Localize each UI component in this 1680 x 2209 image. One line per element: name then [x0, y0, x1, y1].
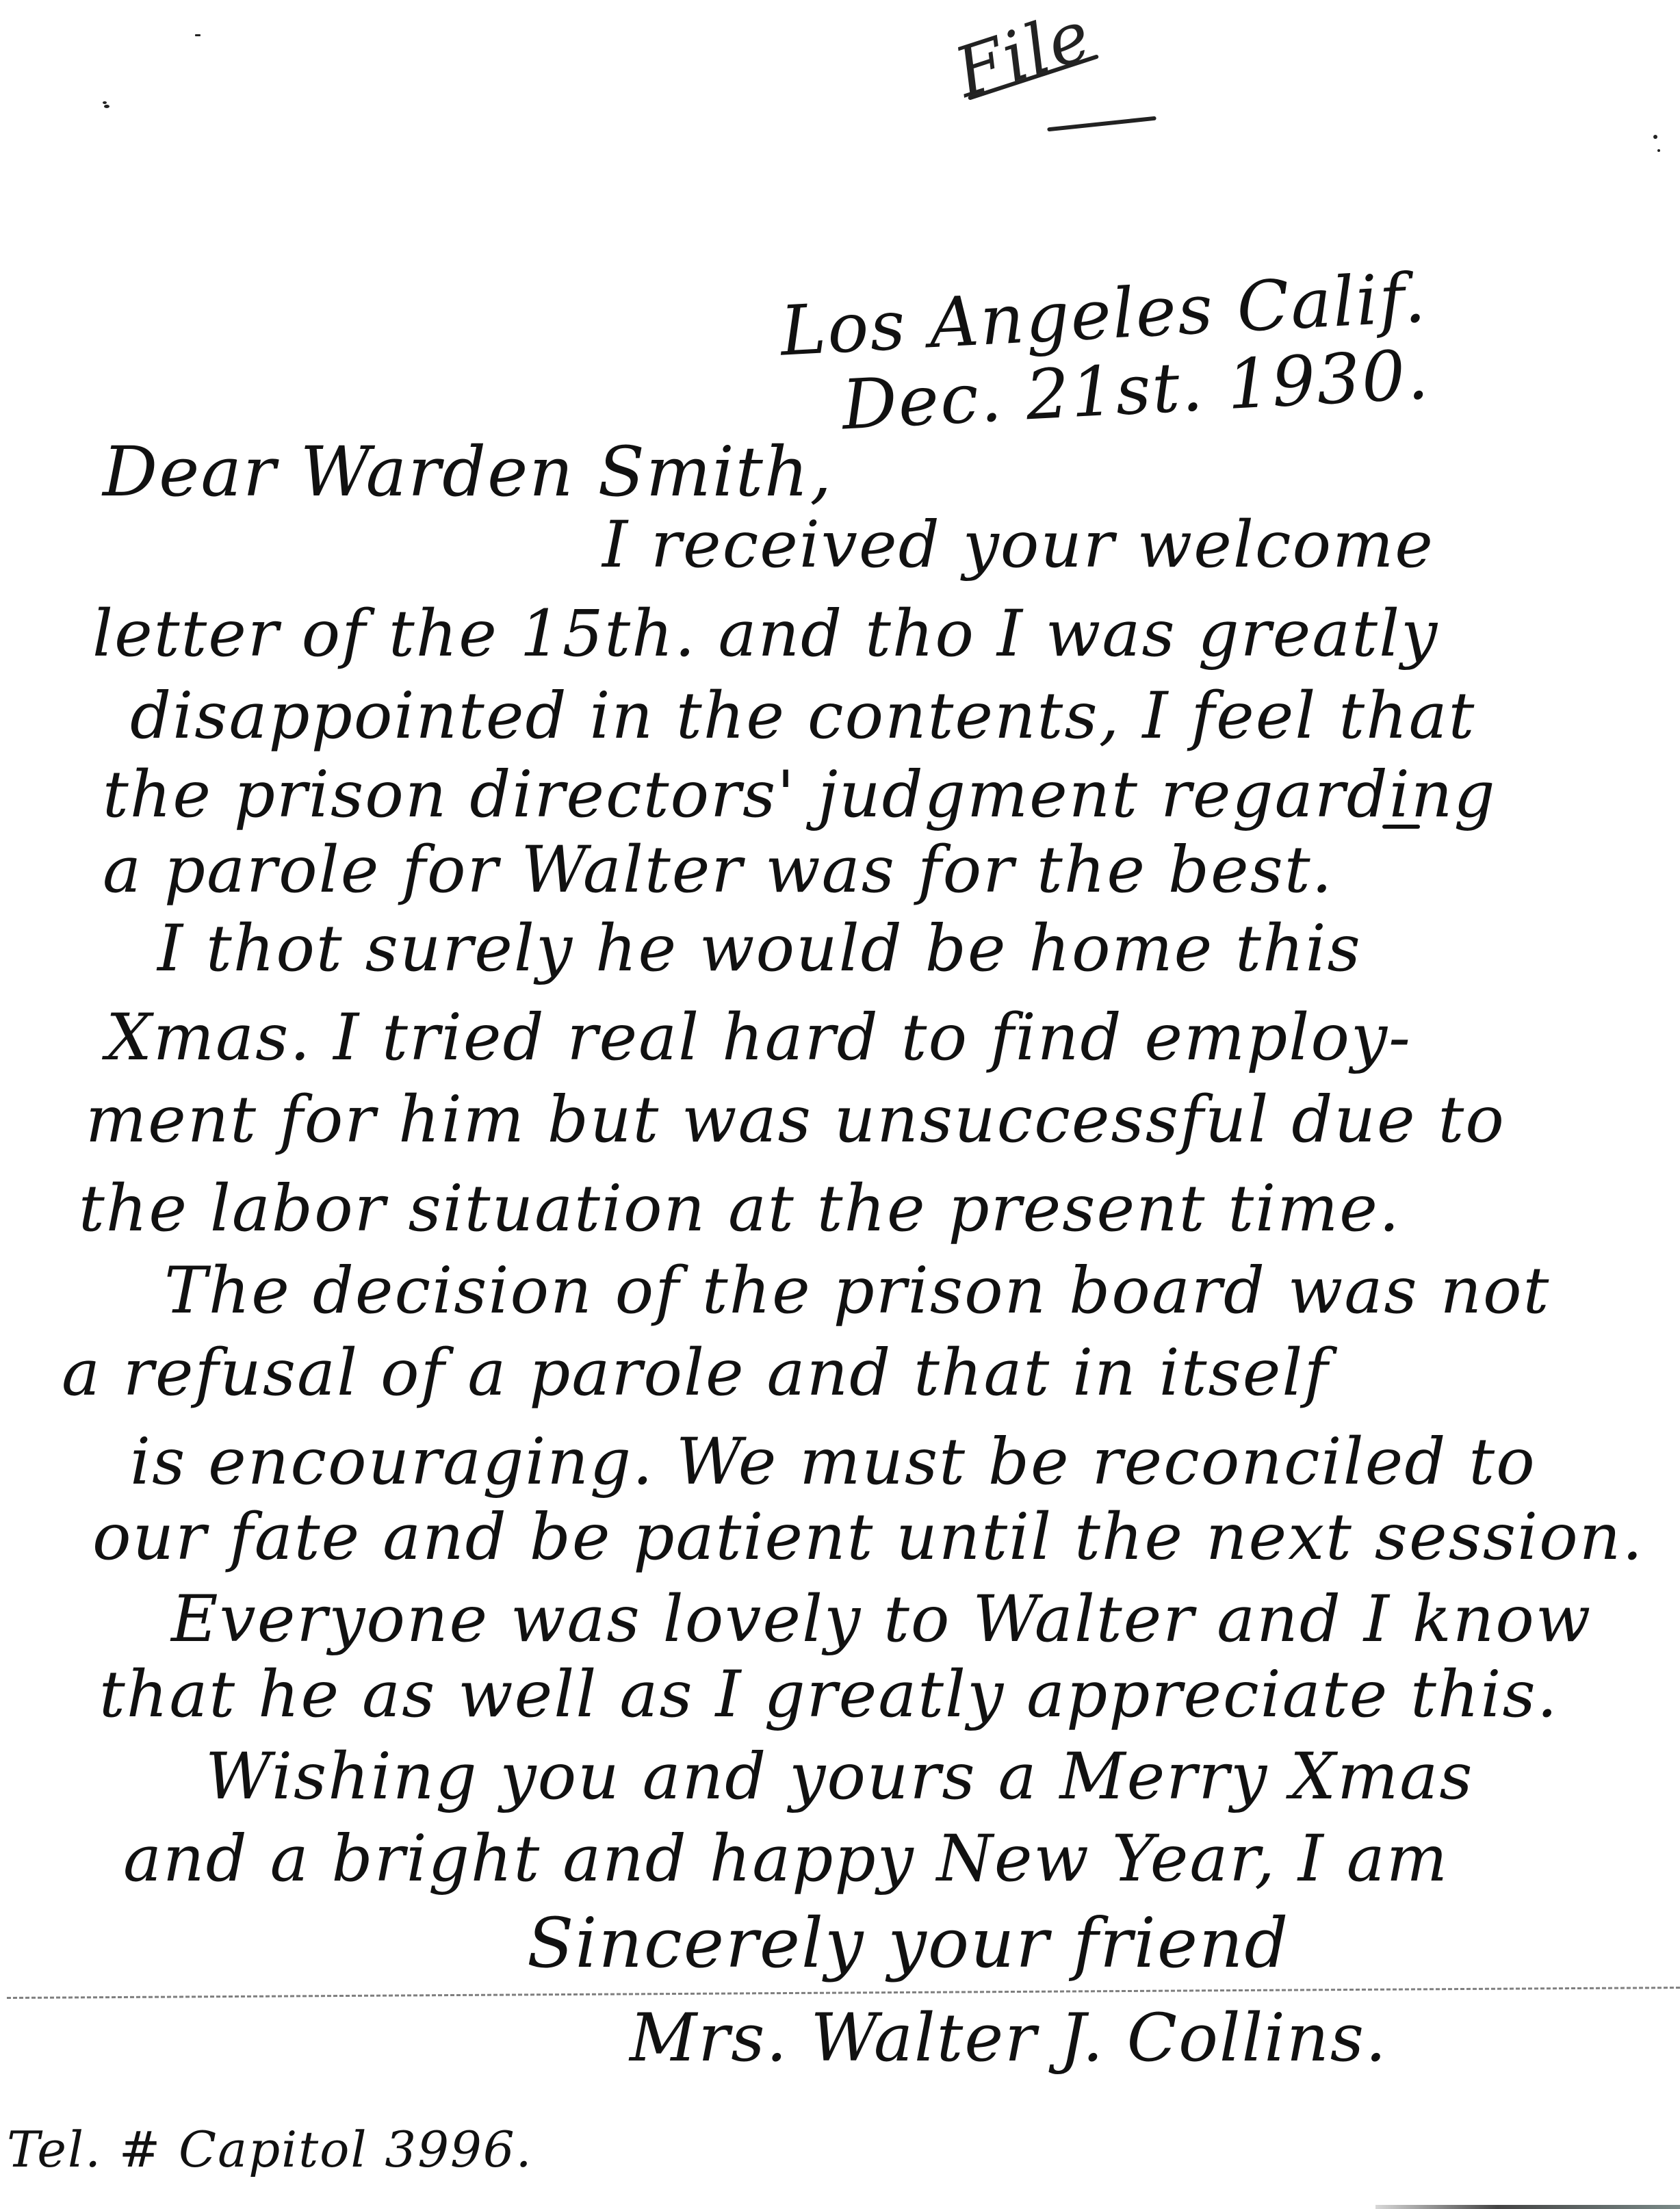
file-annotation-underline: [1047, 116, 1156, 132]
letter-closing: Sincerely your friend: [527, 1909, 1289, 1978]
scan-speck: [104, 105, 109, 108]
file-annotation: File: [948, 0, 1100, 107]
body-line: the labor situation at the present time.: [79, 1177, 1401, 1241]
scan-speck: [1653, 135, 1657, 139]
letter-salutation: Dear Warden Smith,: [103, 438, 833, 506]
body-line: is encouraging. We must be reconciled to: [130, 1430, 1536, 1495]
scan-speck: [195, 34, 201, 36]
body-line: The decision of the prison board was not: [164, 1259, 1550, 1323]
body-line: and a bright and happy New Year, I am: [123, 1827, 1449, 1891]
telephone-note: Tel. # Capitol 3996.: [7, 2125, 533, 2174]
body-line: ment for him but was unsuccessful due to: [86, 1088, 1505, 1152]
body-line: Everyone was lovely to Walter and I know: [171, 1588, 1592, 1652]
scan-speck: [103, 101, 107, 104]
body-line: a parole for Walter was for the best.: [103, 838, 1334, 903]
scan-edge-shadow: [1375, 2205, 1680, 2209]
body-line: letter of the 15th. and tho I was greatl…: [92, 602, 1438, 667]
letter-signature: Mrs. Walter J. Collins.: [630, 2005, 1388, 2071]
body-line: disappointed in the contents, I feel tha…: [130, 684, 1475, 749]
scan-speck: [1657, 149, 1660, 152]
body-line: our fate and be patient until the next s…: [92, 1506, 1644, 1570]
body-line: Xmas. I tried real hard to find employ-: [106, 1006, 1412, 1070]
body-line: I thot surely he would be home this: [157, 917, 1362, 981]
line-end-dash: [1382, 825, 1420, 829]
fold-line-divider: [7, 1987, 1680, 1999]
body-line: that he as well as I greatly appreciate …: [99, 1663, 1559, 1727]
letter-page: File Los Angeles Calif. Dec. 21st. 1930.…: [0, 0, 1680, 2209]
body-line: a refusal of a parole and that in itself: [62, 1341, 1329, 1406]
body-line: I received your welcome: [602, 513, 1434, 578]
body-line: the prison directors' judgment regarding: [103, 763, 1497, 827]
body-line: Wishing you and yours a Merry Xmas: [205, 1745, 1474, 1809]
